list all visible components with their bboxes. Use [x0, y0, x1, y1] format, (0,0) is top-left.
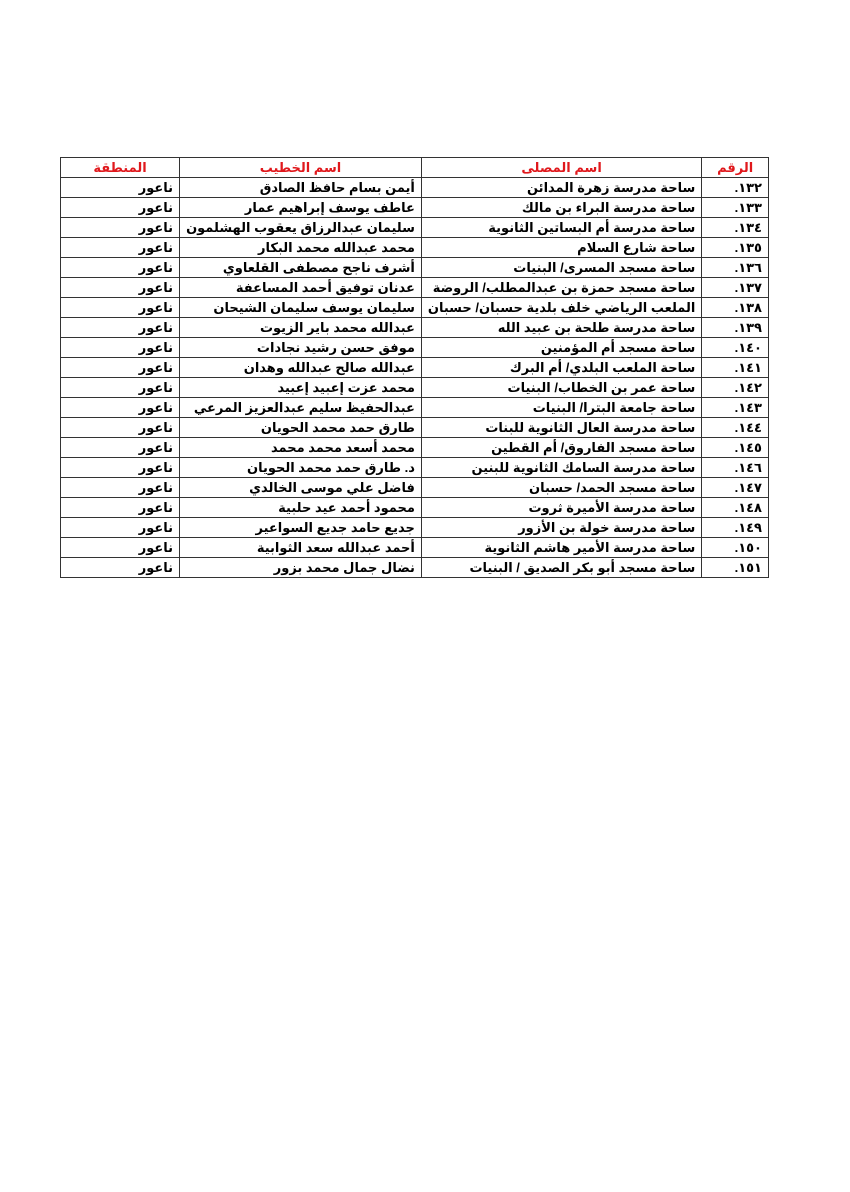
row-number: ١٥٠. — [702, 538, 769, 558]
row-number: ١٣٢. — [702, 178, 769, 198]
row-place: الملعب الرياضي خلف بلدية حسبان/ حسبان — [421, 298, 701, 318]
row-number: ١٣٥. — [702, 238, 769, 258]
row-area: ناعور — [61, 498, 180, 518]
row-area: ناعور — [61, 318, 180, 338]
header-number: الرقم — [702, 158, 769, 178]
row-place: ساحة مدرسة البراء بن مالك — [421, 198, 701, 218]
row-preacher: محمد عزت إعبيد إعبيد — [180, 378, 422, 398]
row-area: ناعور — [61, 558, 180, 578]
row-area: ناعور — [61, 398, 180, 418]
table-row: ١٥٠.ساحة مدرسة الأمير هاشم الثانويةأحمد … — [61, 538, 769, 558]
row-area: ناعور — [61, 238, 180, 258]
row-area: ناعور — [61, 518, 180, 538]
row-number: ١٤٥. — [702, 438, 769, 458]
table-row: ١٤٠.ساحة مسجد أم المؤمنينموفق حسن رشيد ن… — [61, 338, 769, 358]
table-row: ١٣٣.ساحة مدرسة البراء بن مالكعاطف يوسف إ… — [61, 198, 769, 218]
table-row: ١٣٢.ساحة مدرسة زهرة المدائنأيمن بسام حاف… — [61, 178, 769, 198]
row-number: ١٣٤. — [702, 218, 769, 238]
row-place: ساحة مدرسة العال الثانوية للبنات — [421, 418, 701, 438]
row-number: ١٤٣. — [702, 398, 769, 418]
row-preacher: جديع حامد جديع السواعير — [180, 518, 422, 538]
document-page: الرقم اسم المصلى اسم الخطيب المنطقة ١٣٢.… — [0, 0, 850, 1192]
row-preacher: عبدالله محمد باير الزيوت — [180, 318, 422, 338]
row-area: ناعور — [61, 258, 180, 278]
row-area: ناعور — [61, 418, 180, 438]
table-row: ١٤٣.ساحة جامعة البترا/ البنياتعبدالحفيظ … — [61, 398, 769, 418]
row-place: ساحة مسجد أبو بكر الصديق / البنيات — [421, 558, 701, 578]
header-place: اسم المصلى — [421, 158, 701, 178]
table-header-row: الرقم اسم المصلى اسم الخطيب المنطقة — [61, 158, 769, 178]
row-number: ١٣٨. — [702, 298, 769, 318]
row-number: ١٤٨. — [702, 498, 769, 518]
row-preacher: عبدالله صالح عبدالله وهدان — [180, 358, 422, 378]
row-preacher: محمد عبدالله محمد البكار — [180, 238, 422, 258]
table-row: ١٤٨.ساحة مدرسة الأميرة ثروتمحمود أحمد عي… — [61, 498, 769, 518]
row-number: ١٣٩. — [702, 318, 769, 338]
table-row: ١٣٦.ساحة مسجد المسرى/ البنياتأشرف ناجح م… — [61, 258, 769, 278]
table-row: ١٤٦.ساحة مدرسة السامك الثانوية للبنيند. … — [61, 458, 769, 478]
row-place: ساحة مدرسة خولة بن الأزور — [421, 518, 701, 538]
row-area: ناعور — [61, 538, 180, 558]
row-preacher: د. طارق حمد محمد الحويان — [180, 458, 422, 478]
row-place: ساحة مدرسة طلحة بن عبيد الله — [421, 318, 701, 338]
table-row: ١٤٥.ساحة مسجد الفاروق/ أم القطينمحمد أسع… — [61, 438, 769, 458]
row-preacher: فاضل علي موسى الخالدي — [180, 478, 422, 498]
row-preacher: عدنان توفيق أحمد المساعفة — [180, 278, 422, 298]
row-number: ١٤٠. — [702, 338, 769, 358]
row-area: ناعور — [61, 358, 180, 378]
table-body: ١٣٢.ساحة مدرسة زهرة المدائنأيمن بسام حاف… — [61, 178, 769, 578]
table-row: ١٤١.ساحة الملعب البلدي/ أم البركعبدالله … — [61, 358, 769, 378]
table-row: ١٣٨.الملعب الرياضي خلف بلدية حسبان/ حسبا… — [61, 298, 769, 318]
header-preacher: اسم الخطيب — [180, 158, 422, 178]
row-place: ساحة عمر بن الخطاب/ البنيات — [421, 378, 701, 398]
row-place: ساحة جامعة البترا/ البنيات — [421, 398, 701, 418]
row-area: ناعور — [61, 478, 180, 498]
row-preacher: محمود أحمد عيد حلبية — [180, 498, 422, 518]
row-preacher: أحمد عبدالله سعد الثوابية — [180, 538, 422, 558]
table-row: ١٤٤.ساحة مدرسة العال الثانوية للبناتطارق… — [61, 418, 769, 438]
table-row: ١٣٥.ساحة شارع السلاممحمد عبدالله محمد ال… — [61, 238, 769, 258]
row-preacher: عاطف يوسف إبراهيم عمار — [180, 198, 422, 218]
table-row: ١٣٧.ساحة مسجد حمزة بن عبدالمطلب/ الروضةع… — [61, 278, 769, 298]
table-row: ١٣٤.ساحة مدرسة أم البساتين الثانويةسليما… — [61, 218, 769, 238]
row-preacher: نضال جمال محمد بزور — [180, 558, 422, 578]
row-place: ساحة مسجد حمزة بن عبدالمطلب/ الروضة — [421, 278, 701, 298]
row-number: ١٥١. — [702, 558, 769, 578]
row-preacher: طارق حمد محمد الحويان — [180, 418, 422, 438]
row-area: ناعور — [61, 198, 180, 218]
row-area: ناعور — [61, 458, 180, 478]
row-number: ١٤٦. — [702, 458, 769, 478]
row-place: ساحة مدرسة زهرة المدائن — [421, 178, 701, 198]
row-place: ساحة مدرسة أم البساتين الثانوية — [421, 218, 701, 238]
table-row: ١٥١.ساحة مسجد أبو بكر الصديق / البنياتنض… — [61, 558, 769, 578]
row-area: ناعور — [61, 178, 180, 198]
row-place: ساحة شارع السلام — [421, 238, 701, 258]
row-area: ناعور — [61, 298, 180, 318]
row-number: ١٤٢. — [702, 378, 769, 398]
row-number: ١٤١. — [702, 358, 769, 378]
row-preacher: سليمان عبدالرزاق يعقوب الهشلمون — [180, 218, 422, 238]
row-number: ١٤٩. — [702, 518, 769, 538]
row-place: ساحة مدرسة السامك الثانوية للبنين — [421, 458, 701, 478]
row-preacher: عبدالحفيظ سليم عبدالعزيز المرعي — [180, 398, 422, 418]
table-row: ١٤٢.ساحة عمر بن الخطاب/ البنياتمحمد عزت … — [61, 378, 769, 398]
prayer-grounds-table: الرقم اسم المصلى اسم الخطيب المنطقة ١٣٢.… — [60, 157, 769, 578]
row-area: ناعور — [61, 338, 180, 358]
row-place: ساحة الملعب البلدي/ أم البرك — [421, 358, 701, 378]
row-area: ناعور — [61, 438, 180, 458]
row-preacher: أشرف ناجح مصطفى القلعاوي — [180, 258, 422, 278]
row-number: ١٣٧. — [702, 278, 769, 298]
row-number: ١٣٦. — [702, 258, 769, 278]
row-area: ناعور — [61, 218, 180, 238]
row-preacher: موفق حسن رشيد نجادات — [180, 338, 422, 358]
row-preacher: محمد أسعد محمد محمد — [180, 438, 422, 458]
table-row: ١٤٩.ساحة مدرسة خولة بن الأزورجديع حامد ج… — [61, 518, 769, 538]
row-area: ناعور — [61, 378, 180, 398]
row-number: ١٣٣. — [702, 198, 769, 218]
row-number: ١٤٤. — [702, 418, 769, 438]
row-place: ساحة مدرسة الأمير هاشم الثانوية — [421, 538, 701, 558]
row-preacher: أيمن بسام حافظ الصادق — [180, 178, 422, 198]
row-preacher: سليمان يوسف سليمان الشيحان — [180, 298, 422, 318]
row-place: ساحة مسجد الحمد/ حسبان — [421, 478, 701, 498]
table-row: ١٤٧.ساحة مسجد الحمد/ حسبانفاضل علي موسى … — [61, 478, 769, 498]
row-place: ساحة مدرسة الأميرة ثروت — [421, 498, 701, 518]
row-number: ١٤٧. — [702, 478, 769, 498]
table-row: ١٣٩.ساحة مدرسة طلحة بن عبيد اللهعبدالله … — [61, 318, 769, 338]
row-area: ناعور — [61, 278, 180, 298]
row-place: ساحة مسجد المسرى/ البنيات — [421, 258, 701, 278]
header-area: المنطقة — [61, 158, 180, 178]
row-place: ساحة مسجد أم المؤمنين — [421, 338, 701, 358]
row-place: ساحة مسجد الفاروق/ أم القطين — [421, 438, 701, 458]
